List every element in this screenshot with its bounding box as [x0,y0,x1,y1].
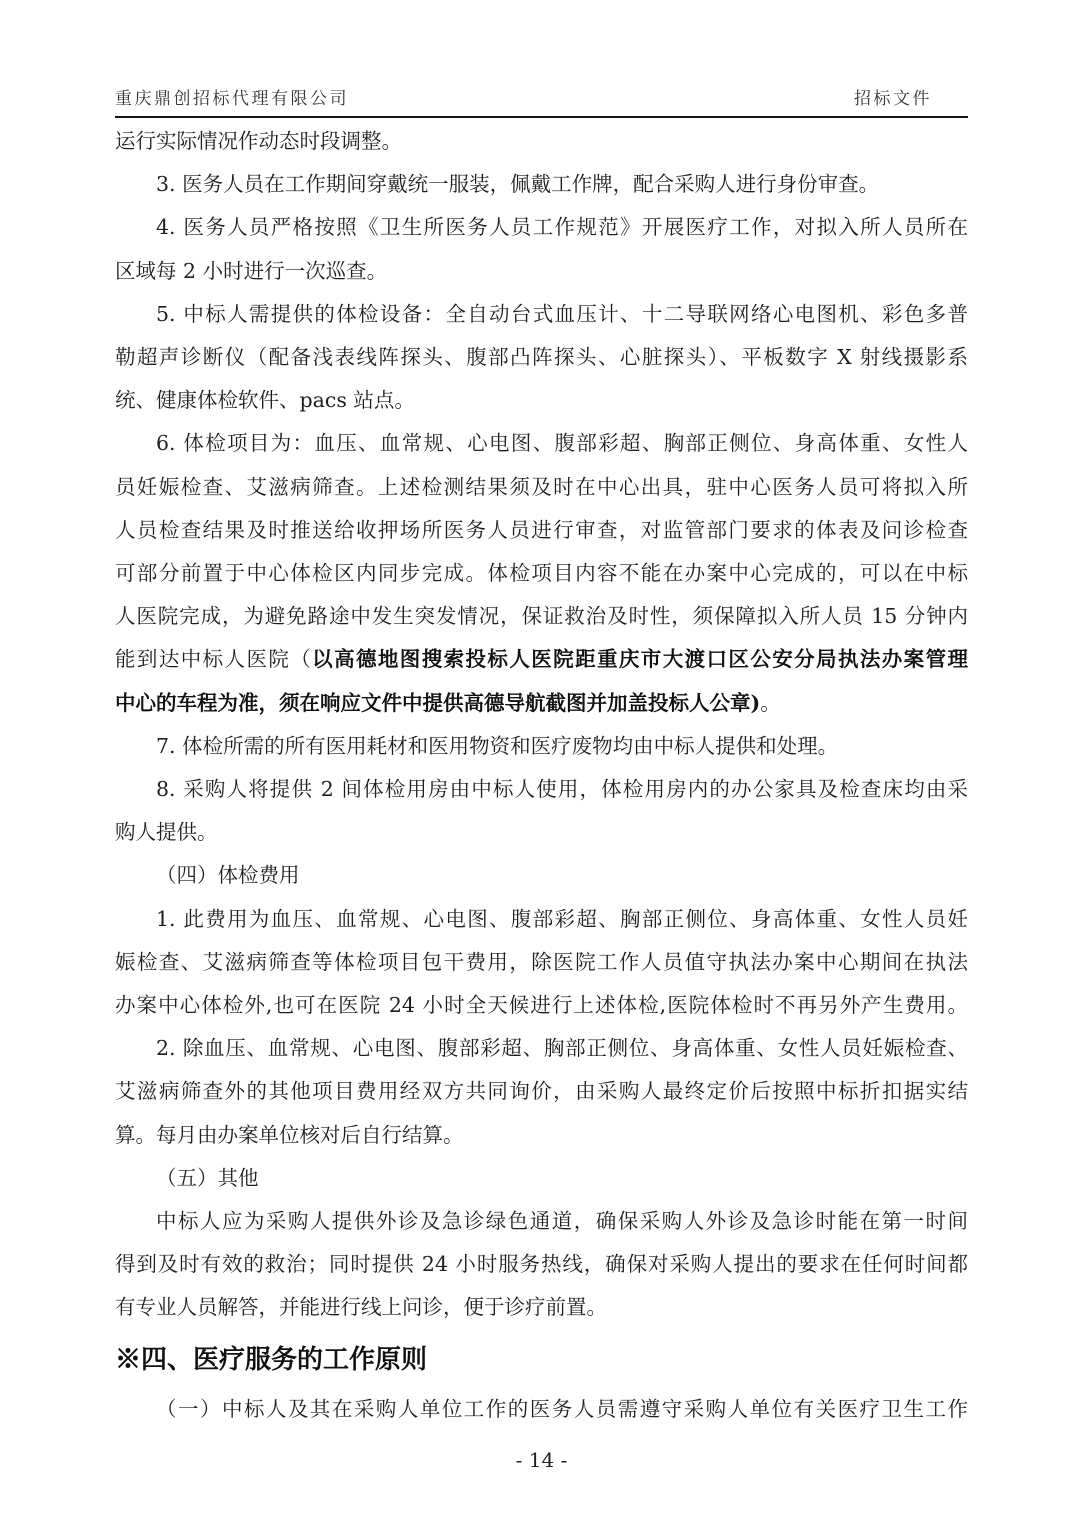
text-run: 7. 体检所需的所有医用耗材和医用物资和医疗废物均由中标人提供和处理。 [156,734,838,758]
document-page: 重庆鼎创招标代理有限公司 招标文件 运行实际情况作动态时段调整。3. 医务人员在… [0,0,1074,1520]
bold-text-run: 以高德地图搜索投标人医院距重庆市大渡口区公安分局执法办案管理 [312,647,968,671]
header-doc-type: 招标文件 [854,84,932,109]
text-line: 娠检查、艾滋病筛查等体检项目包干费用，除医院工作人员值守执法办案中心期间在执法 [115,941,968,984]
text-run: 6. 体检项目为：血压、血常规、心电图、腹部彩超、胸部正侧位、身高体重、女性人 [156,431,968,455]
text-line: 人医院完成，为避免路途中发生突发情况，保证救治及时性，须保障拟入所人员 15 分… [115,595,968,638]
text-line: 办案中心体检外,也可在医院 24 小时全天候进行上述体检,医院体检时不再另外产生… [115,984,968,1027]
text-run: 可部分前置于中心体检区内同步完成。体检项目内容不能在办案中心完成的，可以在中标 [115,561,968,585]
text-line: （一）中标人及其在采购人单位工作的医务人员需遵守采购人单位有关医疗卫生工作 [115,1388,968,1431]
text-run: 区域每 2 小时进行一次巡查。 [115,259,387,283]
text-line: 勒超声诊断仪（配备浅表线阵探头、腹部凸阵探头、心脏探头）、平板数字 X 射线摄影… [115,336,968,379]
text-line: 4. 医务人员严格按照《卫生所医务人员工作规范》开展医疗工作，对拟入所人员所在 [115,206,968,249]
text-run: 3. 医务人员在工作期间穿戴统一服装，佩戴工作牌，配合采购人进行身份审查。 [156,172,879,196]
text-line: 艾滋病筛查外的其他项目费用经双方共同询价，由采购人最终定价后按照中标折扣据实结 [115,1070,968,1113]
section-heading: ※四、医疗服务的工作原则 [115,1343,968,1377]
text-run: 5. 中标人需提供的体检设备：全自动台式血压计、十二导联网络心电图机、彩色多普 [156,302,968,326]
text-run: 员妊娠检查、艾滋病筛查。上述检测结果须及时在中心出具，驻中心医务人员可将拟入所 [115,475,968,499]
text-run: 娠检查、艾滋病筛查等体检项目包干费用，除医院工作人员值守执法办案中心期间在执法 [115,950,968,974]
text-line: 中心的车程为准，须在响应文件中提供高德导航截图并加盖投标人公章)。 [115,682,968,725]
page-header: 重庆鼎创招标代理有限公司 招标文件 [115,84,968,118]
page-number: - 14 - [516,1448,568,1472]
text-line: 有专业人员解答，并能进行线上问诊，便于诊疗前置。 [115,1286,968,1329]
text-run: 勒超声诊断仪（配备浅表线阵探头、腹部凸阵探头、心脏探头）、平板数字 X 射线摄影… [115,345,968,369]
text-run: 办案中心体检外,也可在医院 24 小时全天候进行上述体检,医院体检时不再另外产生… [115,993,968,1017]
text-run: 2. 除血压、血常规、心电图、腹部彩超、胸部正侧位、身高体重、女性人员妊娠检查、 [156,1036,968,1060]
text-run: 购人提供。 [115,820,218,844]
header-company-name: 重庆鼎创招标代理有限公司 [115,84,349,109]
text-line: 得到及时有效的救治；同时提供 24 小时服务热线，确保对采购人提出的要求在任何时… [115,1243,968,1286]
page-footer: - 14 - [115,1446,968,1474]
text-run: 艾滋病筛查外的其他项目费用经双方共同询价，由采购人最终定价后按照中标折扣据实结 [115,1079,968,1103]
text-line: 5. 中标人需提供的体检设备：全自动台式血压计、十二导联网络心电图机、彩色多普 [115,293,968,336]
text-line: 员妊娠检查、艾滋病筛查。上述检测结果须及时在中心出具，驻中心医务人员可将拟入所 [115,466,968,509]
text-run: （五）其他 [156,1166,259,1190]
text-line: 统、健康体检软件、pacs 站点。 [115,379,968,422]
text-line: 3. 医务人员在工作期间穿戴统一服装，佩戴工作牌，配合采购人进行身份审查。 [115,163,968,206]
text-run: 1. 此费用为血压、血常规、心电图、腹部彩超、胸部正侧位、身高体重、女性人员妊 [156,907,968,931]
text-line: 可部分前置于中心体检区内同步完成。体检项目内容不能在办案中心完成的，可以在中标 [115,552,968,595]
text-run: （一）中标人及其在采购人单位工作的医务人员需遵守采购人单位有关医疗卫生工作 [156,1397,968,1421]
text-run: 4. 医务人员严格按照《卫生所医务人员工作规范》开展医疗工作，对拟入所人员所在 [156,215,968,239]
text-run: 人医院完成，为避免路途中发生突发情况，保证救治及时性，须保障拟入所人员 15 分… [115,604,968,628]
text-run: 统、健康体检软件、pacs 站点。 [115,388,415,412]
text-line: 1. 此费用为血压、血常规、心电图、腹部彩超、胸部正侧位、身高体重、女性人员妊 [115,898,968,941]
bold-text-run: 中心的车程为准，须在响应文件中提供高德导航截图并加盖投标人公章) [115,691,760,715]
text-line: 7. 体检所需的所有医用耗材和医用物资和医疗废物均由中标人提供和处理。 [115,725,968,768]
text-line: 算。每月由办案单位核对后自行结算。 [115,1114,968,1157]
text-line: 运行实际情况作动态时段调整。 [115,120,968,163]
text-line: 人员检查结果及时推送给收押场所医务人员进行审查，对监管部门要求的体表及问诊检查 [115,509,968,552]
text-run: （四）体检费用 [156,863,300,887]
text-line: 购人提供。 [115,811,968,854]
text-line: 2. 除血压、血常规、心电图、腹部彩超、胸部正侧位、身高体重、女性人员妊娠检查、 [115,1027,968,1070]
document-body: 运行实际情况作动态时段调整。3. 医务人员在工作期间穿戴统一服装，佩戴工作牌，配… [115,118,968,1431]
text-line: 中标人应为采购人提供外诊及急诊绿色通道，确保采购人外诊及急诊时能在第一时间 [115,1200,968,1243]
text-line: 8. 采购人将提供 2 间体检用房由中标人使用，体检用房内的办公家具及检查床均由… [115,768,968,811]
text-run: 。 [760,691,781,715]
text-line: 区域每 2 小时进行一次巡查。 [115,250,968,293]
text-line: 能到达中标人医院（以高德地图搜索投标人医院距重庆市大渡口区公安分局执法办案管理 [115,638,968,681]
text-run: 运行实际情况作动态时段调整。 [115,129,402,153]
text-run: 有专业人员解答，并能进行线上问诊，便于诊疗前置。 [115,1295,607,1319]
text-line: （四）体检费用 [115,854,968,897]
text-run: 算。每月由办案单位核对后自行结算。 [115,1123,464,1147]
text-run: 得到及时有效的救治；同时提供 24 小时服务热线，确保对采购人提出的要求在任何时… [115,1252,968,1276]
text-line: （五）其他 [115,1157,968,1200]
text-run: 中标人应为采购人提供外诊及急诊绿色通道，确保采购人外诊及急诊时能在第一时间 [156,1209,968,1233]
text-run: 人员检查结果及时推送给收押场所医务人员进行审查，对监管部门要求的体表及问诊检查 [115,518,968,542]
bold-text-run: ※四、医疗服务的工作原则 [115,1345,427,1375]
text-line: 6. 体检项目为：血压、血常规、心电图、腹部彩超、胸部正侧位、身高体重、女性人 [115,422,968,465]
text-run: 能到达中标人医院（ [115,647,312,671]
text-run: 8. 采购人将提供 2 间体检用房由中标人使用，体检用房内的办公家具及检查床均由… [156,777,968,801]
